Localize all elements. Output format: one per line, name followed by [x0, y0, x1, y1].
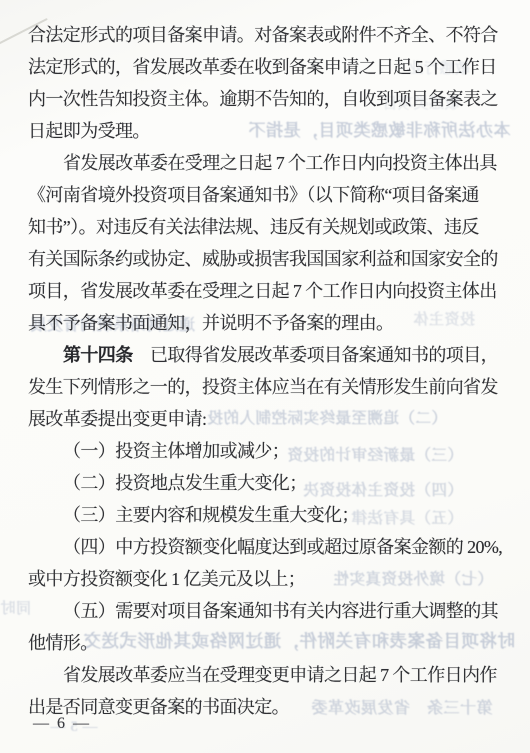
document-body-text: 合法定形式的项目备案申请。对备案表或附件不齐全、不符合法定形式的，省发展改革委在…	[28, 19, 510, 723]
bleedthrough-text: 同时	[0, 597, 31, 618]
text-line: 项目，省发展改革委在受理之日起 7 个工作日内向投资主体出	[28, 275, 510, 307]
text-line: 有关国际条约或协定、威胁或损害我国国家利益和国家安全的	[28, 243, 510, 275]
text-line: 知书”）。对违反有关法律法规、违反有关规划或政策、违反	[28, 211, 510, 243]
text-line: （二）投资地点发生重大变化；	[28, 467, 510, 499]
text-line: 具不予备案书面通知，并说明不予备案的理由。	[28, 307, 510, 339]
text-line: 日起即为受理。	[28, 115, 510, 147]
text-line: （一）投资主体增加或减少；	[28, 435, 510, 467]
clause-number: 第十四条	[63, 345, 133, 365]
page-number: — 6 —	[33, 715, 91, 733]
text-line: 合法定形式的项目备案申请。对备案表或附件不齐全、不符合	[28, 19, 510, 51]
text-line: （三）主要内容和规模发生重大变化；	[28, 499, 510, 531]
text-line-clause-heading: 第十四条 已取得省发展改革委项目备案通知书的项目，	[28, 339, 510, 371]
text-line: 《河南省境外投资项目备案通知书》（以下简称“项目备案通	[28, 179, 510, 211]
text-line: 省发展改革委应当在受理变更申请之日起 7 个工作日内作	[28, 659, 510, 691]
text-line: 发生下列情形之一的，投资主体应当在有关情形发生前向省发	[28, 371, 510, 403]
text-line: 或中方投资额变化 1 亿美元及以上；	[28, 563, 510, 595]
text-line: （四）中方投资额变化幅度达到或超过原备案金额的 20%,	[28, 531, 510, 563]
text-line: （五）需要对项目备案通知书有关内容进行重大调整的其	[28, 595, 510, 627]
text-line: 他情形。	[28, 627, 510, 659]
text-line: 省发展改革委在受理之日起 7 个工作日内向投资主体出具	[28, 147, 510, 179]
text-line: 展改革委提出变更申请:	[28, 403, 510, 435]
text-line: 法定形式的，省发展改革委在收到备案申请之日起 5 个工作日	[28, 51, 510, 83]
scanned-document-page: 敏感行业敏感类项目本办法所称非敏感类项目，是指不投资主体通过网络系统向省发展（二…	[0, 0, 530, 753]
text-line: 内一次性告知投资主体。逾期不告知的，自收到项目备案表之	[28, 83, 510, 115]
text-line: 出是否同意变更备案的书面决定。	[28, 691, 510, 723]
